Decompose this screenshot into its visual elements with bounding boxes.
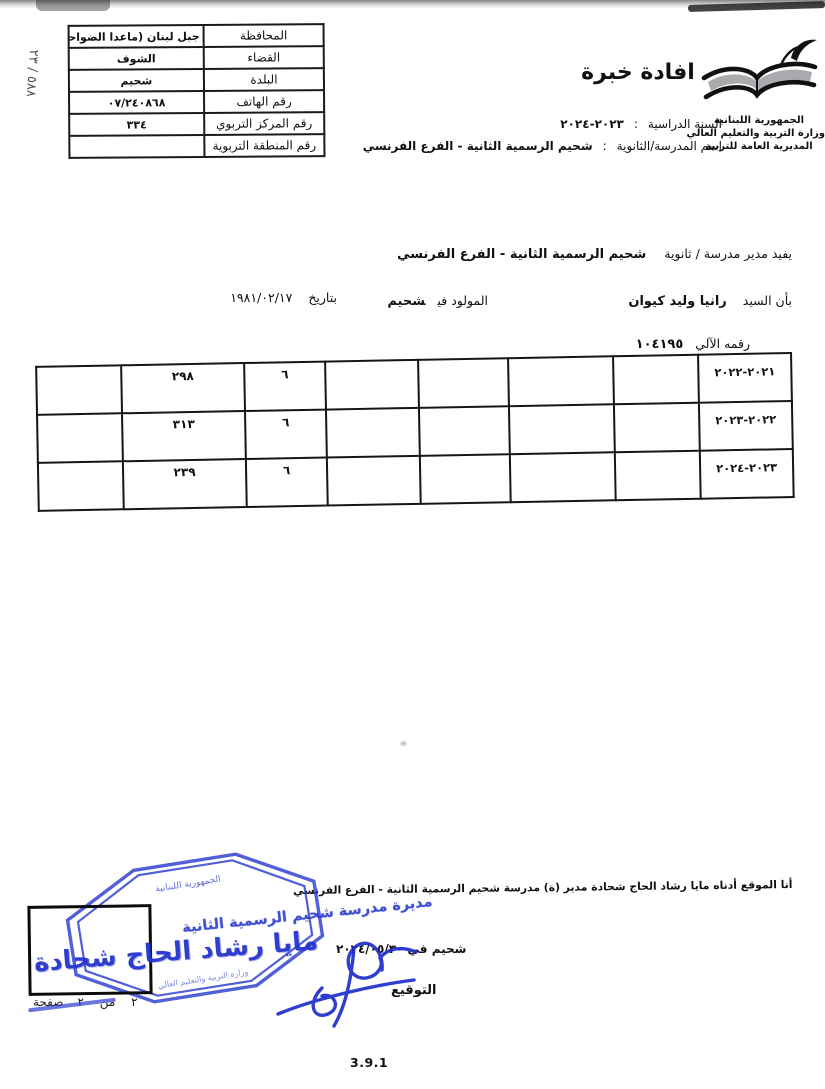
auto-id-line: رقمه الآلي١٠٤١٩٥ <box>636 336 750 352</box>
admin-info-table: المحافظة جبل لبنان (ماعدا الضواحي) القضا… <box>68 23 326 159</box>
ministry-logo-block: الجمهورية اللبنانية وزارة التربية والتعل… <box>693 34 825 154</box>
birthplace-label: المولود في <box>437 293 488 308</box>
value-b-cell: ٢٣٩ <box>123 459 247 509</box>
table-cell-empty <box>418 358 509 408</box>
value-a-cell: ٦ <box>246 458 328 507</box>
school-year-line: السنة الدراسية:٢٠٢٣-٢٠٢٤ <box>560 117 722 131</box>
certify-line: يفيد مدير مدرسة / ثانويةشحيم الرسمية الث… <box>397 246 792 262</box>
table-cell-empty <box>36 365 122 415</box>
page-title: افادة خبرة <box>572 60 704 85</box>
school-year-label: السنة الدراسية <box>648 117 722 131</box>
scan-smudge-artifact <box>399 740 408 747</box>
table-cell-empty <box>420 454 511 504</box>
auto-id-value: ١٠٤١٩٥ <box>636 337 684 352</box>
certify-label: يفيد مدير مدرسة / ثانوية <box>664 246 792 261</box>
school-name-line: اسم المدرسة/الثانوية:شحيم الرسمية الثاني… <box>363 139 722 153</box>
info-label-district: القضاء <box>204 46 324 69</box>
school-year-value: ٢٠٢٣-٢٠٢٤ <box>560 117 624 131</box>
info-label-phone: رقم الهاتف <box>204 90 324 113</box>
open-book-logo-icon <box>694 34 824 114</box>
info-value-governorate: جبل لبنان (ماعدا الضواحي) <box>69 25 204 48</box>
table-cell-empty <box>326 408 420 458</box>
year-cell: ٢٠٢٣-٢٠٢٤ <box>700 449 794 499</box>
info-value-district: الشوف <box>69 47 204 70</box>
table-cell-empty <box>614 403 700 453</box>
table-cell-empty <box>615 451 701 501</box>
info-label-town: البلدة <box>204 68 324 91</box>
info-value-center-number: ٣٣٤ <box>69 113 204 136</box>
scan-blob-artifact <box>36 0 110 11</box>
info-value-region-number <box>69 135 204 158</box>
year-cell: ٢٠٢١-٢٠٢٢ <box>698 353 792 403</box>
value-a-cell: ٦ <box>244 362 326 411</box>
table-row: المحافظة جبل لبنان (ماعدا الضواحي) <box>69 24 324 48</box>
year-cell: ٢٠٢٢-٢٠٢٣ <box>699 401 793 451</box>
auto-id-label: رقمه الآلي <box>695 336 750 351</box>
experience-table-wrap: ٢٠٢١-٢٠٢٢ ٦ ٢٩٨ ٢٠٢٢-٢٠٢٣ ٦ ٣١٣ <box>35 352 795 512</box>
info-value-phone: ٠٧/٢٤٠٨٦٨ <box>69 91 204 114</box>
birthplace-line: المولود فيشحيم <box>387 293 488 309</box>
table-row: رقم الهاتف ٠٧/٢٤٠٨٦٨ <box>69 90 324 114</box>
birthplace-value: شحيم <box>387 294 425 309</box>
table-cell-empty <box>509 404 615 454</box>
table-cell-empty <box>419 406 510 456</box>
table-row: البلدة شحيم <box>69 68 324 92</box>
seal-bottom-text: وزارة التربية والتعليم العالي <box>157 967 249 990</box>
handwritten-margin-note: ٥٨٨ / ٢٣ <box>23 49 41 98</box>
school-name-value: شحيم الرسمية الثانية - الفرع الفرنسي <box>363 139 593 153</box>
colon-separator: : <box>603 139 607 153</box>
handwritten-signature-icon <box>262 918 432 1038</box>
colon-separator: : <box>634 117 638 131</box>
person-line: بأن السيدرانيا وليد كيوان <box>628 293 792 309</box>
school-name-label: اسم المدرسة/الثانوية <box>617 139 722 153</box>
person-label: بأن السيد <box>743 293 792 308</box>
table-cell-empty <box>613 355 699 405</box>
info-label-center-number: رقم المركز التربوي <box>204 112 324 135</box>
info-value-town: شحيم <box>69 69 204 92</box>
table-row: القضاء الشوف <box>69 46 324 70</box>
form-version-number: 3.9.1 <box>350 1055 388 1070</box>
info-label-governorate: المحافظة <box>204 24 324 47</box>
seal-top-text: الجمهورية اللبنانية <box>155 874 222 894</box>
birthdate-value: ١٩٨١/٠٢/١٧ <box>230 290 292 305</box>
value-b-cell: ٢٩٨ <box>121 363 245 413</box>
certify-school-name: شحيم الرسمية الثانية - الفرع الفرنسي <box>397 247 646 262</box>
value-a-cell: ٦ <box>245 410 327 459</box>
table-row: رقم المركز التربوي ٣٣٤ <box>69 112 324 136</box>
value-b-cell: ٣١٣ <box>122 411 246 461</box>
info-label-region-number: رقم المنطقة التربوية <box>204 134 324 157</box>
birthdate-label: بتاريخ <box>308 290 337 305</box>
attestation-line: أنا الموقع أدناه مايا رشاد الحاج شحادة م… <box>292 878 792 897</box>
experience-table: ٢٠٢١-٢٠٢٢ ٦ ٢٩٨ ٢٠٢٢-٢٠٢٣ ٦ ٣١٣ <box>35 352 795 512</box>
table-cell-empty <box>327 456 421 506</box>
table-cell-empty <box>325 360 419 410</box>
table-row: رقم المنطقة التربوية <box>69 134 324 158</box>
scanned-certificate-page: ٥٨٨ / ٢٣ المحافظة جبل لبنان (ماعدا الضوا… <box>0 0 825 1089</box>
table-cell-empty <box>510 452 616 502</box>
person-name: رانيا وليد كيوان <box>628 294 726 309</box>
birthdate-line: بتاريخ١٩٨١/٠٢/١٧ <box>230 290 337 305</box>
table-cell-empty <box>508 356 614 406</box>
table-cell-empty <box>38 461 124 511</box>
table-cell-empty <box>37 413 123 463</box>
